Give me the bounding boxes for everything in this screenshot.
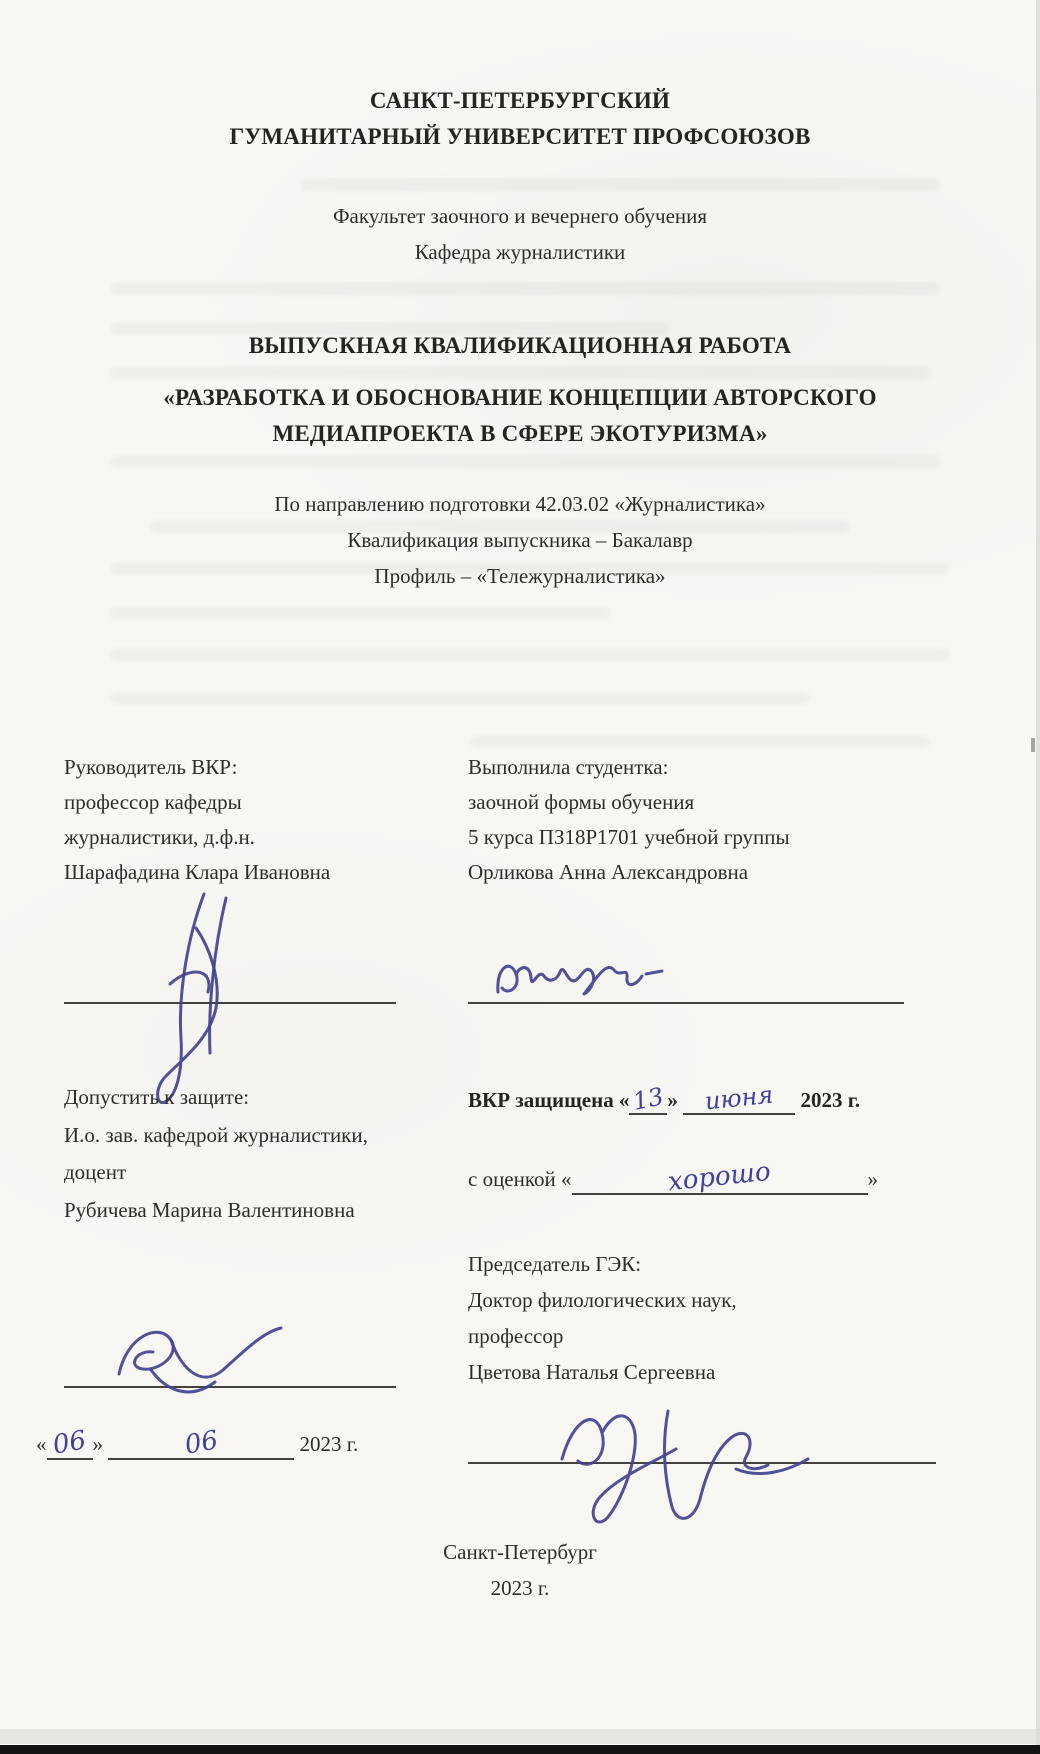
faculty-name: Факультет заочного и вечернего обучения: [0, 204, 1040, 229]
admission-signature: [95, 1312, 295, 1407]
grade-prefix: с оценкой «: [468, 1167, 572, 1191]
department-name: Кафедра журналистики: [0, 240, 1040, 265]
grade-line: с оценкой «хорошо»: [468, 1163, 1008, 1195]
grade-suffix: »: [868, 1167, 879, 1191]
scan-bottom-edge: [0, 1745, 1040, 1754]
chair-line1: Доктор филологических наук,: [468, 1288, 1008, 1313]
admission-date-line: «06» 06 2023 г.: [36, 1428, 358, 1460]
grade-blank: хорошо: [572, 1163, 868, 1195]
admission-open-quote: «: [36, 1432, 47, 1456]
scan-edge-mark: [1031, 738, 1035, 752]
chair-signature: [540, 1395, 820, 1530]
handwritten-defense-month: июня: [704, 1081, 775, 1116]
bleed-through-artifact: [110, 366, 930, 379]
chair-name: Цветова Наталья Сергеевна: [468, 1360, 1008, 1385]
defense-month-blank: июня: [683, 1085, 795, 1115]
bleed-through-artifact: [300, 178, 940, 191]
defense-label: ВКР защищена: [468, 1088, 614, 1112]
handwritten-admission-month: 06: [182, 1425, 220, 1460]
profile-line: Профиль – «Тележурналистика»: [0, 564, 1040, 589]
chair-label: Председатель ГЭК:: [468, 1252, 1008, 1277]
supervisor-signature: [118, 888, 268, 1108]
work-type-heading: ВЫПУСКНАЯ КВАЛИФИКАЦИОННАЯ РАБОТА: [0, 333, 1040, 359]
bleed-through-artifact: [110, 455, 940, 468]
admission-line2: доцент: [64, 1160, 464, 1185]
admission-name: Рубичева Марина Валентиновна: [64, 1198, 464, 1223]
bleed-through-artifact: [470, 735, 930, 748]
handwritten-admission-day: 06: [51, 1425, 89, 1460]
student-line1: заочной формы обучения: [468, 790, 1008, 815]
thesis-title-line1: «РАЗРАБОТКА И ОБОСНОВАНИЕ КОНЦЕПЦИИ АВТО…: [0, 385, 1040, 411]
admission-month-blank: 06: [108, 1428, 294, 1460]
bleed-through-artifact: [110, 692, 810, 705]
supervisor-line1: профессор кафедры: [64, 790, 464, 815]
admission-label: Допустить к защите:: [64, 1085, 464, 1110]
chair-line2: профессор: [468, 1324, 1008, 1349]
supervisor-label: Руководитель ВКР:: [64, 755, 464, 780]
supervisor-name: Шарафадина Клара Ивановна: [64, 860, 464, 885]
student-label: Выполнила студентка:: [468, 755, 1008, 780]
defense-close-quote: »: [667, 1088, 678, 1112]
handwritten-defense-day: 13: [631, 1082, 667, 1116]
supervisor-line2: журналистики, д.ф.н.: [64, 825, 464, 850]
student-line2: 5 курса ПЗ18Р1701 учебной группы: [468, 825, 1008, 850]
university-name-line2: ГУМАНИТАРНЫЙ УНИВЕРСИТЕТ ПРОФСОЮЗОВ: [0, 124, 1040, 150]
bleed-through-artifact: [110, 282, 940, 295]
qualification-line: Квалификация выпускника – Бакалавр: [0, 528, 1040, 553]
scan-right-edge: [1036, 0, 1040, 1754]
admission-close-quote: »: [93, 1432, 104, 1456]
defense-status-line: ВКР защищена «13» июня 2023 г.: [468, 1085, 1008, 1115]
thesis-title-line2: МЕДИАПРОЕКТА В СФЕРЕ ЭКОТУРИЗМА»: [0, 421, 1040, 447]
defense-open-quote: «: [619, 1088, 630, 1112]
student-name: Орликова Анна Александровна: [468, 860, 1008, 885]
admission-day-blank: 06: [47, 1428, 93, 1460]
admission-year: 2023 г.: [300, 1432, 359, 1456]
bleed-through-artifact: [110, 606, 610, 619]
university-name-line1: САНКТ-ПЕТЕРБУРГСКИЙ: [0, 88, 1040, 114]
footer-city: Санкт-Петербург: [0, 1540, 1040, 1565]
student-signature: [486, 940, 696, 1010]
bleed-through-artifact: [110, 648, 950, 661]
program-line: По направлению подготовки 42.03.02 «Журн…: [0, 492, 1040, 517]
handwritten-grade: хорошо: [667, 1157, 772, 1198]
scan-bottom-shade: [0, 1729, 1040, 1744]
defense-day-blank: 13: [629, 1085, 667, 1115]
footer-year: 2023 г.: [0, 1576, 1040, 1601]
admission-line1: И.о. зав. кафедрой журналистики,: [64, 1123, 464, 1148]
defense-year: 2023 г.: [800, 1088, 860, 1112]
scanned-thesis-title-page: САНКТ-ПЕТЕРБУРГСКИЙ ГУМАНИТАРНЫЙ УНИВЕРС…: [0, 0, 1040, 1754]
